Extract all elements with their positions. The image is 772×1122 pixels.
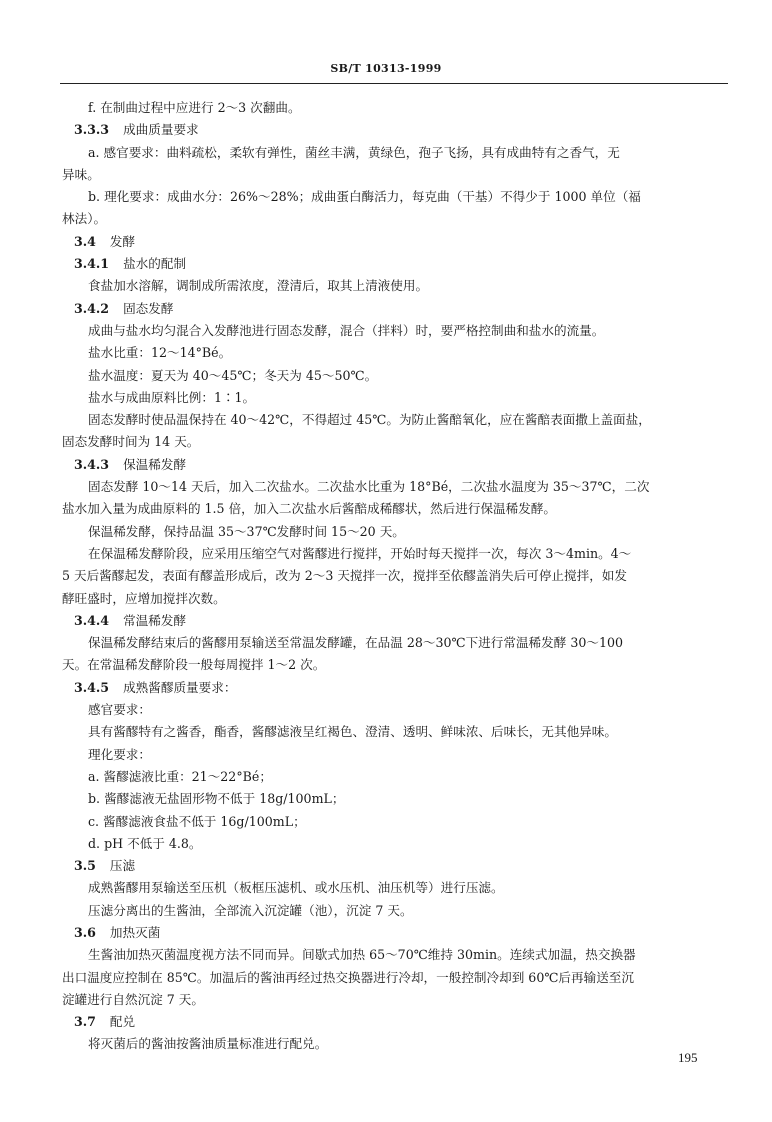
section-heading: 3.5压滤: [62, 855, 726, 877]
paragraph-line: 具有酱醪特有之酱香，酯香，酱醪滤液呈红褐色、澄清、透明、鲜味浓、后味长，无其他异…: [62, 721, 726, 743]
section-number: 3.4: [74, 234, 96, 249]
section-heading: 3.4.3保温稀发酵: [62, 454, 726, 476]
section-title: 固态发酵: [123, 301, 173, 316]
paragraph-line: c. 酱醪滤液食盐不低于 16g/100mL；: [62, 811, 726, 833]
paragraph-line: 异味。: [62, 164, 726, 186]
section-title: 加热灭菌: [110, 925, 160, 940]
section-heading: 3.6加热灭菌: [62, 922, 726, 944]
paragraph-line: 固态发酵 10～14 天后，加入二次盐水。二次盐水比重为 18°Bé，二次盐水温…: [62, 476, 726, 498]
paragraph-line: f. 在制曲过程中应进行 2～3 次翻曲。: [62, 97, 726, 119]
section-number: 3.5: [74, 858, 96, 873]
paragraph-line: 压滤分离出的生酱油，全部流入沉淀罐（池），沉淀 7 天。: [62, 900, 726, 922]
paragraph-line: a. 感官要求：曲料疏松，柔软有弹性，菌丝丰满，黄绿色，孢子飞扬，具有成曲特有之…: [62, 142, 726, 164]
section-heading: 3.4.4常温稀发酵: [62, 610, 726, 632]
section-heading: 3.7配兑: [62, 1011, 726, 1033]
section-number: 3.4.3: [74, 457, 109, 472]
paragraph-line: 将灭菌后的酱油按酱油质量标准进行配兑。: [62, 1033, 726, 1055]
document-body: f. 在制曲过程中应进行 2～3 次翻曲。3.3.3成曲质量要求a. 感官要求：…: [62, 97, 726, 1056]
section-title: 成曲质量要求: [123, 122, 199, 137]
section-heading: 3.3.3成曲质量要求: [62, 119, 726, 141]
section-title: 成熟酱醪质量要求：: [123, 680, 236, 695]
paragraph-line: 理化要求：: [62, 744, 726, 766]
paragraph-line: 感官要求：: [62, 699, 726, 721]
paragraph-line: 保温稀发酵，保持品温 35～37℃发酵时间 15～20 天。: [62, 521, 726, 543]
section-number: 3.7: [74, 1014, 96, 1029]
paragraph-line: 盐水与成曲原料比例：1∶1。: [62, 387, 726, 409]
section-title: 盐水的配制: [123, 256, 186, 271]
section-title: 保温稀发酵: [123, 457, 186, 472]
paragraph-line: 盐水比重：12～14°Bé。: [62, 342, 726, 364]
section-number: 3.3.3: [74, 122, 109, 137]
paragraph-line: 固态发酵时使品温保持在 40～42℃，不得超过 45℃。为防止酱醅氧化，应在酱醅…: [62, 409, 726, 431]
section-heading: 3.4发酵: [62, 231, 726, 253]
section-number: 3.4.1: [74, 256, 109, 271]
standard-code-header: SB/T 10313-1999: [0, 62, 772, 75]
section-title: 常温稀发酵: [123, 613, 186, 628]
paragraph-line: 林法）。: [62, 208, 726, 230]
header-divider: [60, 83, 728, 84]
section-heading: 3.4.1盐水的配制: [62, 253, 726, 275]
section-title: 发酵: [110, 234, 135, 249]
section-number: 3.6: [74, 925, 96, 940]
paragraph-line: 5 天后酱醪起发，表面有醪盖形成后，改为 2～3 天搅拌一次，搅拌至依醪盖消失后…: [62, 565, 726, 587]
paragraph-line: 在保温稀发酵阶段，应采用压缩空气对酱醪进行搅拌，开始时每天搅拌一次，每次 3～4…: [62, 543, 726, 565]
section-heading: 3.4.2固态发酵: [62, 298, 726, 320]
section-number: 3.4.4: [74, 613, 109, 628]
paragraph-line: 酵旺盛时，应增加搅拌次数。: [62, 588, 726, 610]
paragraph-line: 盐水温度：夏天为 40～45℃；冬天为 45～50℃。: [62, 365, 726, 387]
paragraph-line: d. pH 不低于 4.8。: [62, 833, 726, 855]
paragraph-line: 成熟酱醪用泵输送至压机（板框压滤机、或水压机、油压机等）进行压滤。: [62, 877, 726, 899]
paragraph-line: 淀罐进行自然沉淀 7 天。: [62, 989, 726, 1011]
section-title: 压滤: [110, 858, 135, 873]
paragraph-line: b. 理化要求：成曲水分：26%～28%；成曲蛋白酶活力，每克曲（干基）不得少于…: [62, 186, 726, 208]
paragraph-line: b. 酱醪滤液无盐固形物不低于 18g/100mL；: [62, 788, 726, 810]
paragraph-line: 保温稀发酵结束后的酱醪用泵输送至常温发酵罐，在品温 28～30℃下进行常温稀发酵…: [62, 632, 726, 654]
paragraph-line: 出口温度应控制在 85℃。加温后的酱油再经过热交换器进行冷却，一般控制冷却到 6…: [62, 967, 726, 989]
paragraph-line: a. 酱醪滤液比重：21～22°Bé；: [62, 766, 726, 788]
paragraph-line: 天。在常温稀发酵阶段一般每周搅拌 1～2 次。: [62, 654, 726, 676]
paragraph-line: 食盐加水溶解，调制成所需浓度，澄清后，取其上清液使用。: [62, 275, 726, 297]
section-number: 3.4.2: [74, 301, 109, 316]
paragraph-line: 盐水加入量为成曲原料的 1.5 倍，加入二次盐水后酱醅成稀醪状，然后进行保温稀发…: [62, 498, 726, 520]
section-title: 配兑: [110, 1014, 135, 1029]
paragraph-line: 生酱油加热灭菌温度视方法不同而异。间歇式加热 65～70℃维持 30min。连续…: [62, 944, 726, 966]
section-number: 3.4.5: [74, 680, 109, 695]
paragraph-line: 固态发酵时间为 14 天。: [62, 431, 726, 453]
section-heading: 3.4.5成熟酱醪质量要求：: [62, 677, 726, 699]
paragraph-line: 成曲与盐水均匀混合入发酵池进行固态发酵，混合（拌料）时，要严格控制曲和盐水的流量…: [62, 320, 726, 342]
page-number: 195: [678, 1050, 698, 1066]
